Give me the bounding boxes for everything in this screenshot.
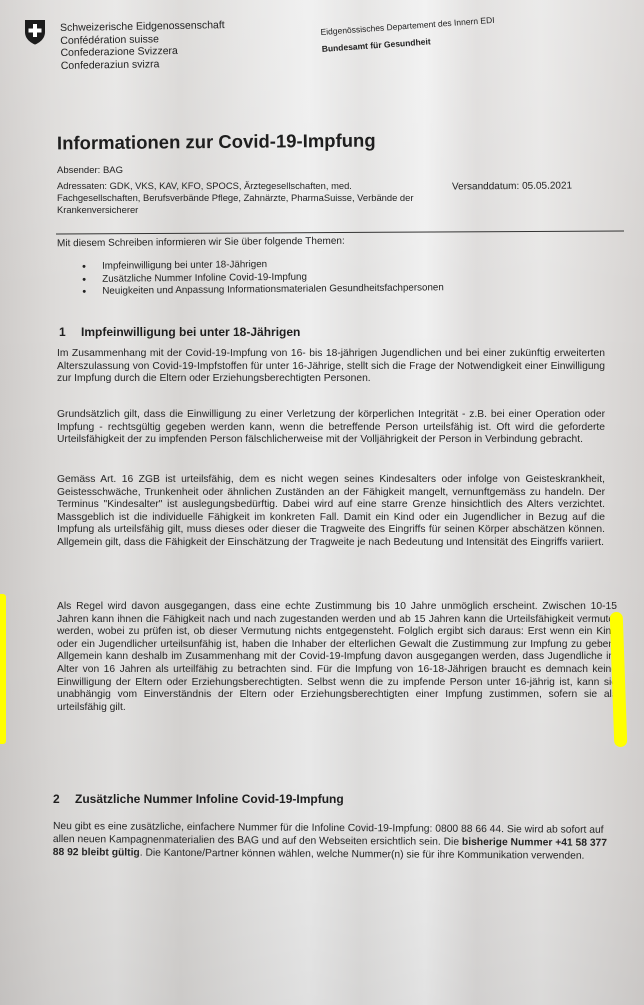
highlighter-mark bbox=[0, 594, 6, 744]
send-date: Versanddatum: 05.05.2021 bbox=[452, 180, 572, 192]
section-2-paragraph: Neu gibt es eine zusätzliche, einfachere… bbox=[53, 821, 609, 863]
section-title: Impfeinwilligung bei unter 18-Jährigen bbox=[81, 325, 300, 339]
paragraph: Im Zusammenhang mit der Covid-19-Impfung… bbox=[57, 348, 605, 386]
section-2-heading: 2Zusätzliche Nummer Infoline Covid-19-Im… bbox=[53, 792, 344, 806]
intro-text: Mit diesem Schreiben informieren wir Sie… bbox=[57, 236, 345, 250]
paragraph-text: . Die Kantone/Partner können wählen, wel… bbox=[140, 847, 585, 861]
section-title: Zusätzliche Nummer Infoline Covid-19-Imp… bbox=[75, 792, 344, 806]
separator-line bbox=[56, 231, 624, 235]
sender: Absender: BAG bbox=[57, 165, 123, 176]
topic-list: Impfeinwilligung bei unter 18-Jährigen Z… bbox=[82, 257, 444, 298]
paragraph: Gemäss Art. 16 ZGB ist urteilsfähig, dem… bbox=[57, 474, 605, 550]
federation-names: Schweizerische Eidgenossenschaft Confédé… bbox=[60, 19, 225, 72]
highlighter-mark bbox=[610, 612, 628, 747]
paragraph: Als Regel wird davon ausgegangen, dass e… bbox=[57, 601, 617, 714]
swiss-coat-of-arms-icon bbox=[24, 19, 46, 45]
recipients: Adressaten: GDK, VKS, KAV, KFO, SPOCS, Ä… bbox=[57, 180, 437, 216]
topic-item: Neuigkeiten und Anpassung Informationsma… bbox=[82, 282, 444, 298]
federation-line: Confederaziun svizra bbox=[61, 57, 226, 72]
section-number: 1 bbox=[59, 325, 81, 339]
department-block: Eidgenössisches Departement des Innern E… bbox=[320, 12, 496, 58]
paragraph: Grundsätzlich gilt, dass die Einwilligun… bbox=[57, 409, 605, 447]
document-title: Informationen zur Covid-19-Impfung bbox=[57, 130, 376, 155]
section-number: 2 bbox=[53, 792, 75, 806]
section-1-heading: 1Impfeinwilligung bei unter 18-Jährigen bbox=[59, 325, 300, 339]
